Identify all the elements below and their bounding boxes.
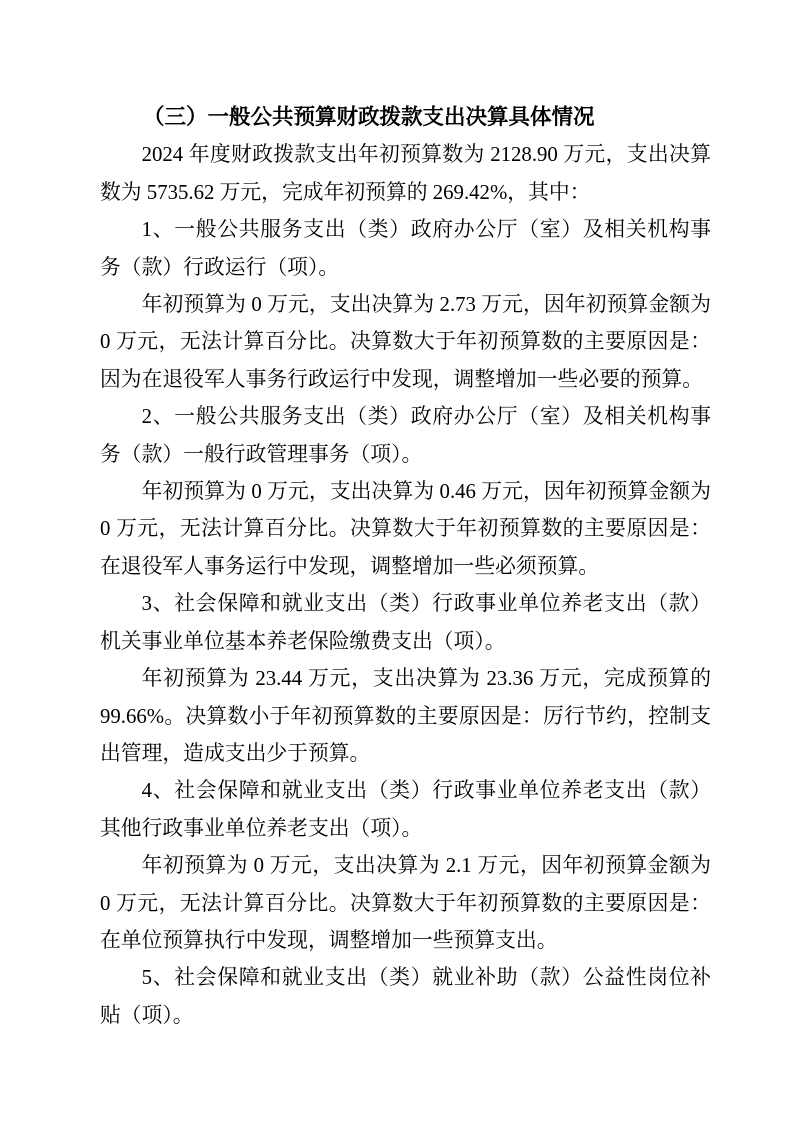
document-body: 2024 年度财政拨款支出年初预算数为 2128.90 万元，支出决算数为 57… [100, 136, 711, 1034]
body-paragraph: 2024 年度财政拨款支出年初预算数为 2128.90 万元，支出决算数为 57… [100, 136, 711, 211]
body-paragraph: 1、一般公共服务支出（类）政府办公厅（室）及相关机构事务（款）行政运行（项）。 [100, 211, 711, 286]
body-paragraph: 3、社会保障和就业支出（类）行政事业单位养老支出（款）机关事业单位基本养老保险缴… [100, 585, 711, 660]
body-paragraph: 年初预算为 0 万元，支出决算为 2.1 万元，因年初预算金额为 0 万元，无法… [100, 847, 711, 959]
body-paragraph: 年初预算为 23.44 万元，支出决算为 23.36 万元，完成预算的 99.6… [100, 660, 711, 772]
body-paragraph: 年初预算为 0 万元，支出决算为 0.46 万元，因年初预算金额为 0 万元，无… [100, 473, 711, 585]
body-paragraph: 2、一般公共服务支出（类）政府办公厅（室）及相关机构事务（款）一般行政管理事务（… [100, 398, 711, 473]
section-heading: （三）一般公共预算财政拨款支出决算具体情况 [100, 99, 711, 136]
body-paragraph: 5、社会保障和就业支出（类）就业补助（款）公益性岗位补贴（项）。 [100, 959, 711, 1034]
document-content: （三）一般公共预算财政拨款支出决算具体情况 2024 年度财政拨款支出年初预算数… [100, 99, 711, 1034]
body-paragraph: 年初预算为 0 万元，支出决算为 2.73 万元，因年初预算金额为 0 万元，无… [100, 286, 711, 398]
document-page: （三）一般公共预算财政拨款支出决算具体情况 2024 年度财政拨款支出年初预算数… [0, 0, 793, 1122]
body-paragraph: 4、社会保障和就业支出（类）行政事业单位养老支出（款）其他行政事业单位养老支出（… [100, 772, 711, 847]
